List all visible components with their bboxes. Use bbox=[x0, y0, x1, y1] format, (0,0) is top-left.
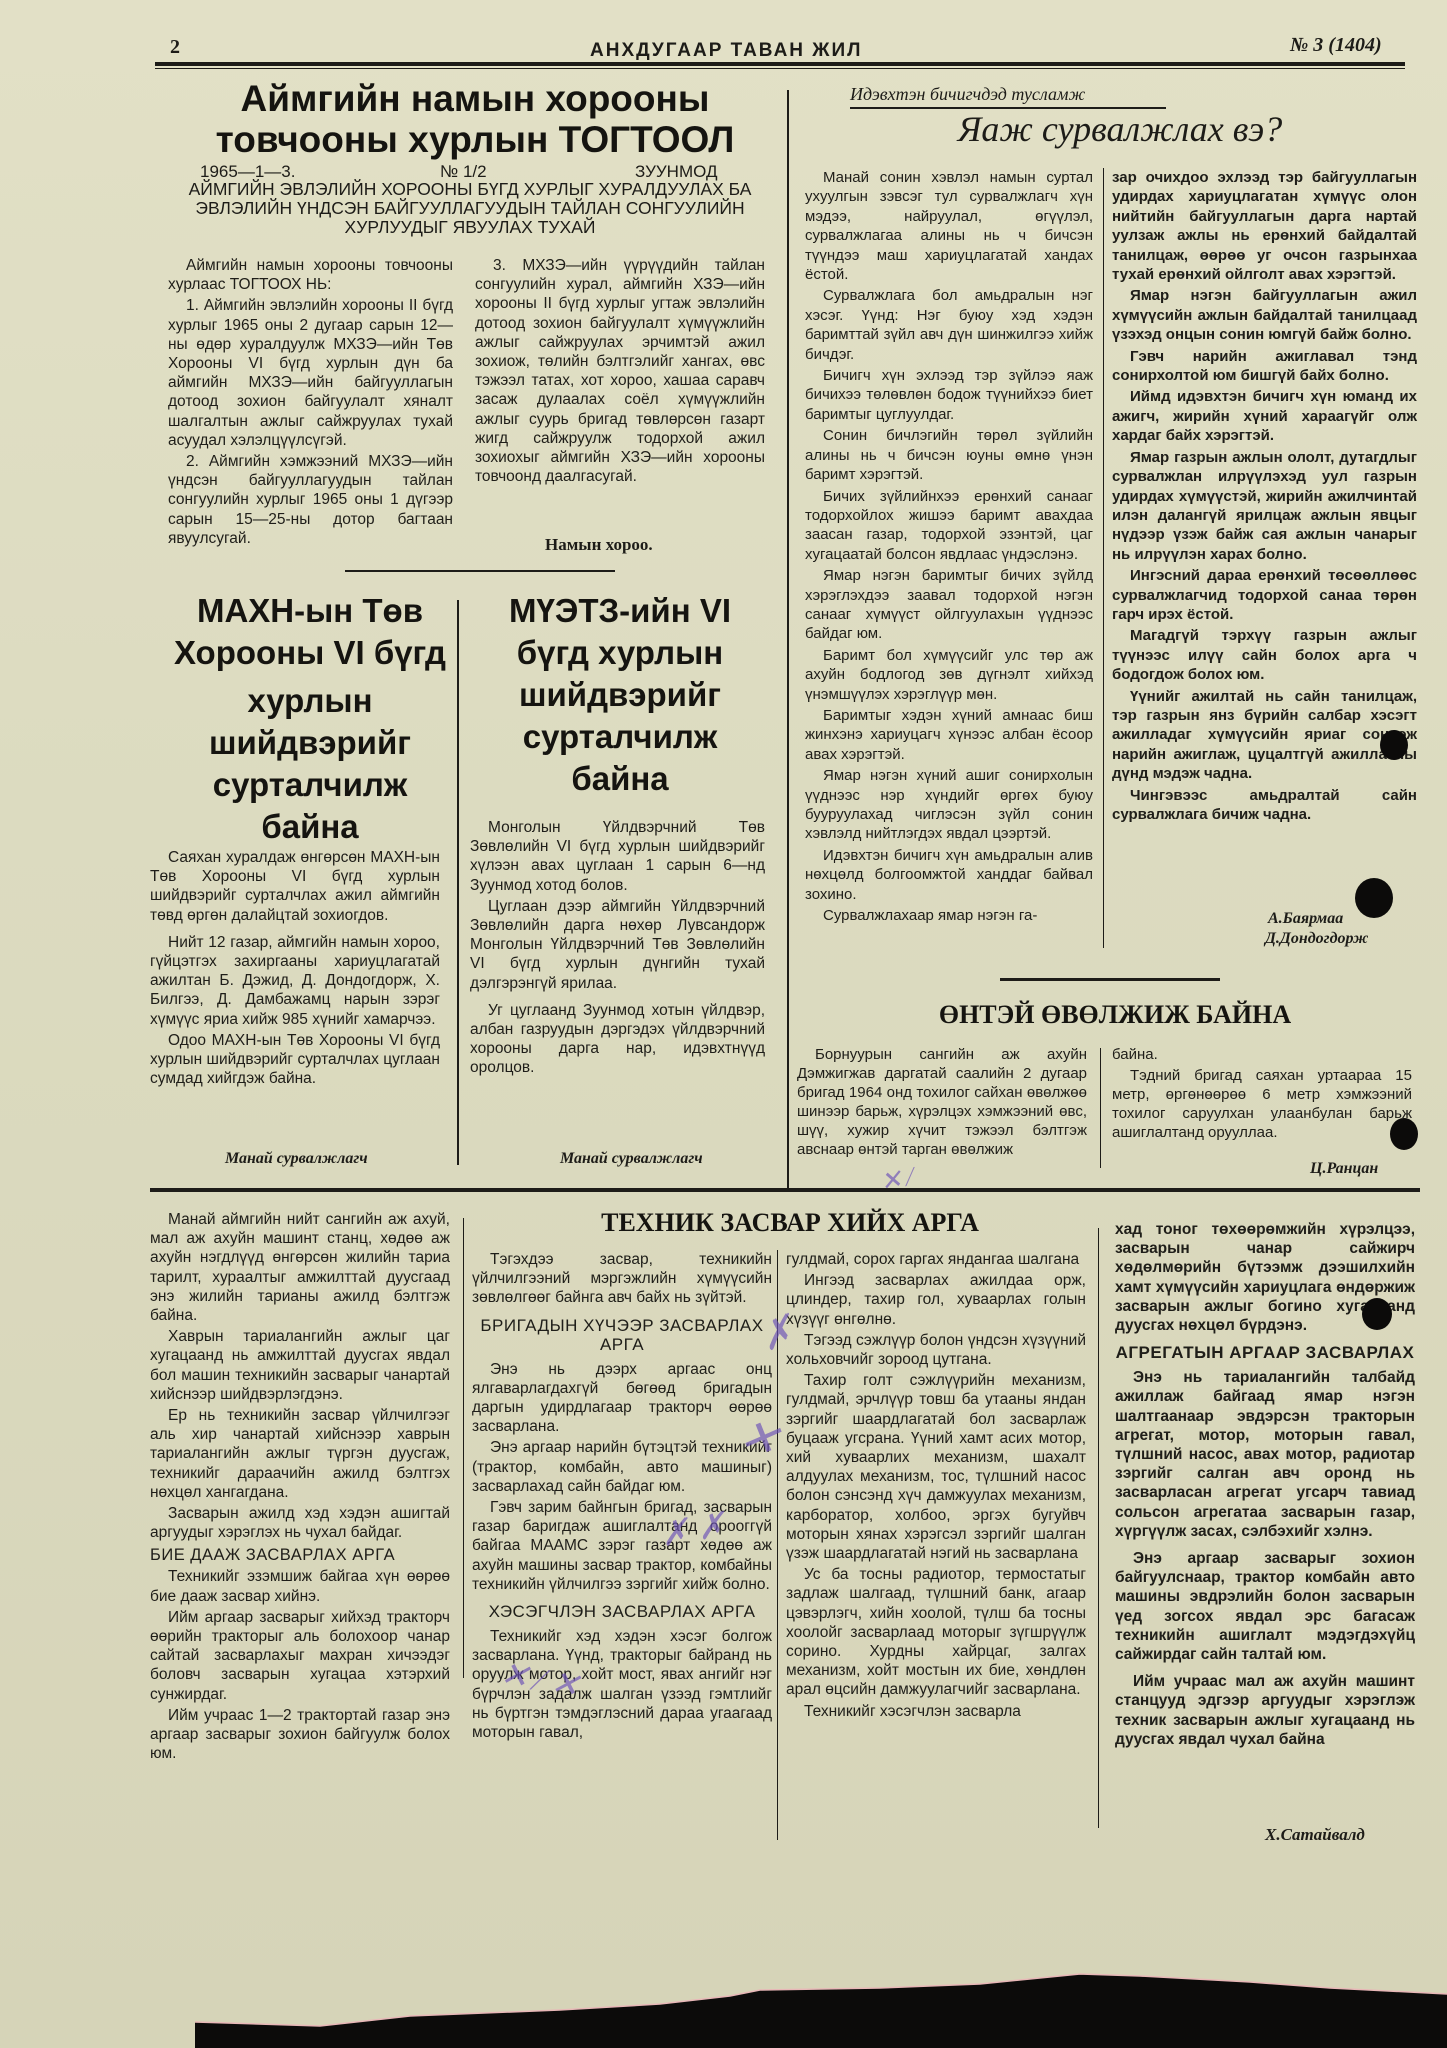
resolution-col1: Аймгийн намын хорооны товчооны хурлаас Т… bbox=[168, 256, 453, 548]
paragraph: Сурвалжлахаар ямар нэгэн га- bbox=[805, 906, 1093, 925]
subheading: АГРЕГАТЫН АРГААР ЗАСВАРЛАХ bbox=[1115, 1343, 1415, 1362]
column-divider bbox=[457, 600, 459, 1165]
subheading: БРИГАДЫН ХҮЧЭЭР ЗАСВАРЛАХ АРГА bbox=[472, 1316, 772, 1354]
mahn-title-line: МАХН-ын Төв bbox=[160, 590, 460, 632]
section-rule bbox=[1000, 978, 1220, 981]
paragraph: Техникийг эзэмшиж байгаа хүн өөрөө бие д… bbox=[150, 1567, 450, 1605]
paragraph: Бичих зүйлийнхээ ерөнхий санааг тодорхой… bbox=[805, 487, 1093, 565]
tech-col3: гулдмай, сорох гаргах яндангаа шалгана И… bbox=[786, 1250, 1086, 1721]
masthead-rule-thin bbox=[155, 68, 1405, 69]
wintering-col1: Борнуурын сангийн аж ахуйн Дэмжигжав дар… bbox=[797, 1045, 1087, 1159]
resolution-title-line1: Аймгийн намын хорооны bbox=[170, 78, 780, 119]
paragraph: Ер нь техникийн засвар үйлчилгээг аль хи… bbox=[150, 1406, 450, 1502]
paragraph: Хаврын тариалангийн ажлыг цаг хугацаанд … bbox=[150, 1327, 450, 1404]
column-divider bbox=[1103, 168, 1104, 948]
resolution-signature: Намын хороо. bbox=[545, 535, 653, 555]
muetz-signature: Манай сурвалжлагч bbox=[560, 1150, 703, 1168]
paragraph: Магадгүй тэрхүү газрын ажлыг түүнээс илү… bbox=[1112, 626, 1417, 684]
paper-hole bbox=[1362, 1298, 1392, 1330]
paragraph: Сонин бичлэгийн төрөл зүйлийн алины нь ч… bbox=[805, 426, 1093, 484]
paper-hole bbox=[1355, 878, 1393, 918]
paragraph: Энэ аргаар нарийн бүтэцтэй техникийг (тр… bbox=[472, 1438, 772, 1496]
paragraph: Ямар нэгэн хүний ашиг сонирхолын үүднээс… bbox=[805, 766, 1093, 844]
resolution-col2: 3. МХЗЭ—ийн үүрүүдийн тайлан сонгуулийн … bbox=[475, 256, 765, 486]
mahn-title-line: сурталчилж bbox=[160, 764, 460, 806]
reporting-col1: Манай сонин хэвлэл намын суртал ухуулгын… bbox=[805, 168, 1093, 925]
paragraph: Ийм учраас мал аж ахуйн машинт станцууд … bbox=[1115, 1672, 1415, 1749]
subheading: ХЭСЭГЧЛЭН ЗАСВАРЛАХ АРГА bbox=[472, 1602, 772, 1621]
muetz-title-line: сурталчилж bbox=[470, 716, 770, 758]
page-number: 2 bbox=[170, 36, 180, 59]
paragraph: Тахир голт сэжлүүрийн механизм, гулдмай,… bbox=[786, 1371, 1086, 1563]
paragraph: Ингэсний дараа ерөнхий төсөөллөөс сурвал… bbox=[1112, 566, 1417, 624]
paragraph: Засварын ажилд хэд хэдэн ашигтай аргууды… bbox=[150, 1504, 450, 1542]
mahn-title-line: шийдвэрийг bbox=[160, 722, 460, 764]
wintering-col2: байна. Тэдний бригад саяхан уртаараа 15 … bbox=[1112, 1045, 1412, 1142]
paragraph: Чингэвээс амьдралтай сайн сурвалжлага би… bbox=[1112, 786, 1417, 825]
paragraph: Манай сонин хэвлэл намын суртал ухуулгын… bbox=[805, 168, 1093, 284]
mahn-title-line: байна bbox=[160, 806, 460, 848]
resolution-headline: Аймгийн намын хорооны товчооны хурлын ТО… bbox=[170, 78, 780, 161]
paragraph: Баримт бол хүмүүсийг улс төр аж ахуйн бо… bbox=[805, 646, 1093, 704]
paragraph: Энэ аргаар засварыг зохион байгуулснаар,… bbox=[1115, 1549, 1415, 1664]
paragraph: Идэвхтэн бичигч хүн амьдралын алив нөхцө… bbox=[805, 846, 1093, 904]
paragraph: Борнуурын сангийн аж ахуйн Дэмжигжав дар… bbox=[797, 1045, 1087, 1159]
paragraph: Энэ нь дээрх аргаас онц ялгаварлагдахгүй… bbox=[472, 1360, 772, 1437]
paragraph: Сурвалжлага бол амьдралын нэг хэсэг. Үүн… bbox=[805, 286, 1093, 364]
mahn-body: Саяхан хуралдаж өнгөрсөн МАХН-ын Төв Хор… bbox=[150, 848, 440, 1088]
paragraph: Одоо МАХН-ын Төв Хорооны VI бүгд хурлын … bbox=[150, 1031, 440, 1089]
reporting-title: Яаж сурвалжлах вэ? bbox=[800, 108, 1440, 150]
column-divider bbox=[1100, 1048, 1101, 1168]
paragraph: Техникийг хэсэгчлэн засварла bbox=[786, 1702, 1086, 1721]
muetz-title-line: шийдвэрийг bbox=[470, 674, 770, 716]
paragraph: 1. Аймгийн эвлэлийн хорооны II бүгд хурл… bbox=[168, 296, 453, 450]
paragraph: Цуглаан дээр аймгийн Үйлдвэрчний Зөвлөли… bbox=[470, 897, 765, 993]
column-divider bbox=[463, 1218, 464, 1678]
reporting-col2: зар очихдоо эхлээд тэр байгууллагын удир… bbox=[1112, 168, 1417, 824]
paragraph: Баримтыг хэдэн хүний амнаас биш жинхэнэ … bbox=[805, 706, 1093, 764]
tech-col1: Манай аймгийн нийт сангийн аж ахуй, мал … bbox=[150, 1210, 450, 1763]
paragraph: Монголын Үйлдвэрчний Төв Зөвлөлийн VI бү… bbox=[470, 818, 765, 895]
paragraph: Ингээд засварлах ажилдаа орж, цлиндер, т… bbox=[786, 1271, 1086, 1329]
paragraph: Ийм аргаар засварыг хийхэд тракторч өөри… bbox=[150, 1608, 450, 1704]
reporting-rubric: Идэвхтэн бичигчдэд туслам­ж bbox=[850, 84, 1166, 109]
paragraph: Ус ба тосны радиотор, термостатыг задлаж… bbox=[786, 1565, 1086, 1699]
paragraph: Уг цуглаанд Зуунмод хотын үйлдвэр, албан… bbox=[470, 1001, 765, 1078]
paragraph: Энэ нь тариалангийн талбайд ажиллаж байг… bbox=[1115, 1368, 1415, 1541]
section-rule bbox=[345, 570, 615, 572]
paragraph: Манай аймгийн нийт сангийн аж ахуй, мал … bbox=[150, 1210, 450, 1325]
issue-number: № 3 (1404) bbox=[1290, 34, 1382, 57]
reporting-signature-2: Д.Дондогдорж bbox=[1265, 930, 1368, 948]
newspaper-name: АНХДУГААР ТАВАН ЖИЛ bbox=[590, 40, 862, 62]
resolution-title-line2: товчооны хурлын ТОГТООЛ bbox=[170, 119, 780, 160]
section-rule bbox=[150, 1188, 1420, 1192]
tech-headline: ТЕХНИК ЗАСВАР ХИЙХ АРГА bbox=[470, 1208, 1110, 1237]
column-divider bbox=[787, 90, 789, 1190]
paragraph: 3. МХЗЭ—ийн үүрүүдийн тайлан сонгуулийн … bbox=[475, 256, 765, 486]
paragraph: зар очихдоо эхлээд тэр байгууллагын удир… bbox=[1112, 168, 1417, 284]
torn-edge bbox=[0, 1898, 1447, 2048]
paragraph: Ийм учраас 1—2 тракторт­ай газар энэ арг… bbox=[150, 1706, 450, 1764]
paragraph: байна. bbox=[1112, 1045, 1412, 1064]
paragraph: 2. Аймгийн хэмжээний МХЗЭ—ийн үндсэн бай… bbox=[168, 452, 453, 548]
paragraph: Тэгээд сэжлүүр болон үндсэн хүзүүний хол… bbox=[786, 1331, 1086, 1369]
column-divider bbox=[1098, 1228, 1099, 1828]
mahn-title-line: Хорооны VI бүгд bbox=[160, 632, 460, 674]
paragraph: Гэвч зарим байнгын бригад, засварын газа… bbox=[472, 1498, 772, 1594]
paper-hole bbox=[1390, 1118, 1418, 1150]
muetz-headline: МҮЭТЗ-ийн VI бүгд хурлын шийдвэрийг сурт… bbox=[470, 590, 770, 800]
paragraph: Ямар нэгэн байгууллагын ажил хүмүүсийн а… bbox=[1112, 286, 1417, 344]
paragraph: гулдмай, сорох гаргах яндангаа шалгана bbox=[786, 1250, 1086, 1269]
reporting-signature-1: А.Баярмаа bbox=[1268, 910, 1343, 928]
paragraph: Саяхан хуралдаж өнгөрсөн МАХН-ын Төв Хор… bbox=[150, 848, 440, 925]
tech-signature: Х.Сатайвалд bbox=[1265, 1825, 1365, 1845]
mahn-signature: Манай сурвалжлагч bbox=[225, 1150, 368, 1168]
paragraph: Бичигч хүн эхлээд тэр зүйлээ яаж бичихээ… bbox=[805, 366, 1093, 424]
mahn-headline: МАХН-ын Төв Хорооны VI бүгд хурлын шийдв… bbox=[160, 590, 460, 848]
resolution-subtitle: АЙМГИЙН ЭВЛЭЛИЙН ХОРООНЫ БҮГД ХУРЛЫГ ХУР… bbox=[180, 180, 760, 237]
muetz-title-line: бүгд хурлын bbox=[470, 632, 770, 674]
paragraph: Гэвч нарийн ажиглавал тэнд сонирхолтой ю… bbox=[1112, 347, 1417, 386]
paragraph: Нийт 12 газар, аймгийн намын хороо, гүйц… bbox=[150, 933, 440, 1029]
paragraph: Тэдний бригад саяхан уртаараа 15 метр, ө… bbox=[1112, 1066, 1412, 1142]
paragraph: Иймд идэвхтэн бичигч хүн юманд их ажигч,… bbox=[1112, 387, 1417, 445]
muetz-title-line: МҮЭТЗ-ийн VI bbox=[470, 590, 770, 632]
subheading: БИЕ ДААЖ ЗАСВАРЛАХ АРГА bbox=[150, 1546, 450, 1565]
mahn-title-line: хурлын bbox=[160, 680, 460, 722]
paragraph: Үүнийг ажилтай нь сайн танилцаж, тэр газ… bbox=[1112, 687, 1417, 784]
paragraph: Аймгийн намын хорооны товчооны хурлаас Т… bbox=[168, 256, 453, 294]
paper-hole bbox=[1380, 730, 1408, 760]
paragraph: Ямар нэгэн баримтыг бичих зүйлд хэрэглэх… bbox=[805, 566, 1093, 644]
masthead-rule bbox=[155, 62, 1405, 66]
paragraph: Тэгэхдээ засвар, техникийн үйлчилгээний … bbox=[472, 1250, 772, 1308]
wintering-signature: Ц.Ранцан bbox=[1310, 1160, 1378, 1178]
muetz-title-line: байна bbox=[470, 758, 770, 800]
paragraph: Ямар газрын ажлын ололт, дутагдлыг сурва… bbox=[1112, 448, 1417, 564]
wintering-headline: ӨНТЭЙ ӨВӨЛЖИЖ БАЙНА bbox=[795, 1000, 1435, 1029]
muetz-body: Монголын Үйлдвэрчний Төв Зөвлөлийн VI бү… bbox=[470, 818, 765, 1078]
